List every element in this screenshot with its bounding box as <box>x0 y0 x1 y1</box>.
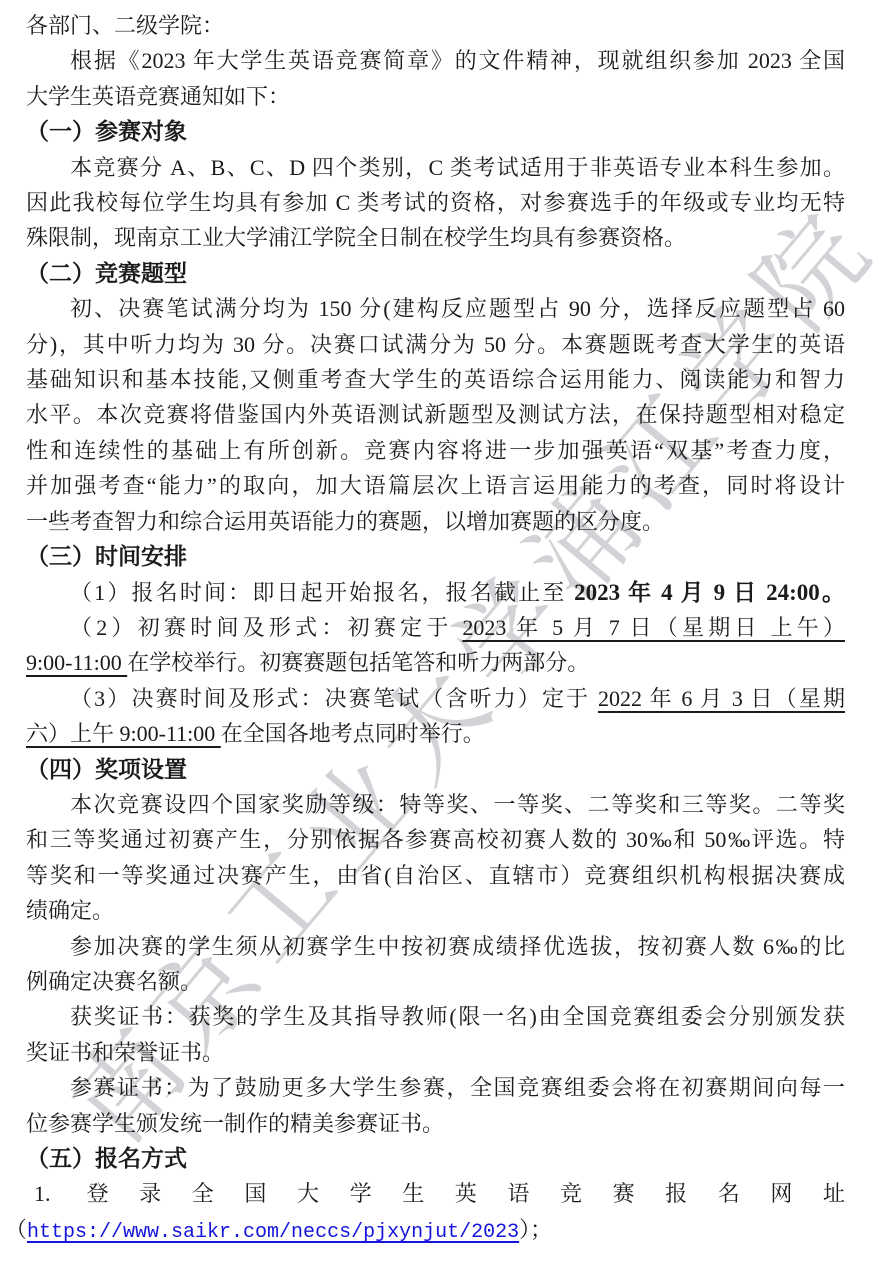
heading-schedule: （三）时间安排 <box>0 539 875 574</box>
document-body: 各部门、二级学院：根据《2023 年大学生英语竞赛简章》的文件精神，现就组织参加… <box>0 0 875 1250</box>
text-run: 例确定决赛名额。 <box>26 969 202 994</box>
registration-step-1: 1. 登录全国大学生英语竞赛报名网址 <box>0 1176 875 1211</box>
doc-line: 例确定决赛名额。 <box>0 964 875 999</box>
text-run: 和三等奖通过初赛产生，分别依据各参赛高校初赛人数的 30‰和 50‰评选。特 <box>26 827 845 852</box>
text-run: 1. 登录全国大学生英语竞赛报名网址 <box>34 1181 845 1206</box>
text-run: （一）参赛对象 <box>26 118 187 144</box>
text-run: 因此我校每位学生均具有参加 C 类考试的资格，对参赛选手的年级或专业均无特 <box>26 190 845 215</box>
doc-line: 参加决赛的学生须从初赛学生中按初赛成绩择优选拔，按初赛人数 6‰的比 <box>0 929 875 964</box>
registration-deadline: 2023 年 4 月 9 日 24:00。 <box>574 580 845 605</box>
text-run: 一些考查智力和综合运用英语能力的赛题，以增加赛题的区分度。 <box>26 509 664 534</box>
text-run: 本竞赛分 A、B、C、D 四个类别，C 类考试适用于非英语专业本科生参加。 <box>70 155 845 180</box>
heading-awards: （四）奖项设置 <box>0 752 875 787</box>
text-run: 绩确定。 <box>26 898 114 923</box>
text-run: 在全国各地考点同时举行。 <box>221 721 485 746</box>
doc-line: 性和连续性的基础上有所创新。竞赛内容将进一步加强英语“双基”考查力度， <box>0 433 875 468</box>
text-run: 参赛证书：为了鼓励更多大学生参赛，全国竞赛组委会将在初赛期间向每一 <box>70 1075 845 1100</box>
doc-line: 分)，其中听力均为 30 分。决赛口试满分为 50 分。本赛题既考查大学生的英语 <box>0 327 875 362</box>
text-run: 大学生英语竞赛通知如下： <box>26 84 290 109</box>
prelim-time: 9:00-11:00 <box>26 650 127 675</box>
intro-line-1: 根据《2023 年大学生英语竞赛简章》的文件精神，现就组织参加 2023 全国 <box>0 43 875 78</box>
doc-line: 位参赛学生颁发统一制作的精美参赛证书。 <box>0 1106 875 1141</box>
text-run: 位参赛学生颁发统一制作的精美参赛证书。 <box>26 1111 444 1136</box>
doc-line: 参赛证书：为了鼓励更多大学生参赛，全国竞赛组委会将在初赛期间向每一 <box>0 1070 875 1105</box>
text-run: 获奖证书：获奖的学生及其指导教师(限一名)由全国竞赛组委会分别颁发获 <box>70 1004 845 1029</box>
text-run: （1）报名时间：即日起开始报名，报名截止至 <box>70 580 574 605</box>
salutation: 各部门、二级学院： <box>0 8 875 43</box>
document-page: 南京工业大学浦江学院 各部门、二级学院：根据《2023 年大学生英语竞赛简章》的… <box>0 0 875 1266</box>
schedule-item-3-cont: 六）上午 9:00-11:00 在全国各地考点同时举行。 <box>0 716 875 751</box>
text-run: 本次竞赛设四个国家奖励等级：特等奖、一等奖、二等奖和三等奖。二等奖 <box>70 792 845 817</box>
text-run: （3）决赛时间及形式：决赛笔试（含听力）定于 <box>70 686 598 711</box>
text-run: 基础知识和基本技能,又侧重考查大学生的英语综合运用能力、阅读能力和智力 <box>26 367 845 392</box>
doc-line: 本竞赛分 A、B、C、D 四个类别，C 类考试适用于非英语专业本科生参加。 <box>0 150 875 185</box>
doc-line: 并加强考查“能力”的取向，加大语篇层次上语言运用能力的考查，同时将设计 <box>0 468 875 503</box>
doc-line: 基础知识和基本技能,又侧重考查大学生的英语综合运用能力、阅读能力和智力 <box>0 362 875 397</box>
registration-link-line: （https://www.saikr.com/neccs/pjxynjut/20… <box>0 1212 875 1250</box>
schedule-item-1: （1）报名时间：即日起开始报名，报名截止至 2023 年 4 月 9 日 24:… <box>0 575 875 610</box>
text-run: 参加决赛的学生须从初赛学生中按初赛成绩择优选拔，按初赛人数 6‰的比 <box>70 934 845 959</box>
text-run: （四）奖项设置 <box>26 756 187 782</box>
doc-line: 等奖和一等奖通过决赛产生，由省(自治区、直辖市）竞赛组织机构根据决赛成 <box>0 858 875 893</box>
schedule-item-3: （3）决赛时间及形式：决赛笔试（含听力）定于 2022 年 6 月 3 日（星期 <box>0 681 875 716</box>
text-run: 等奖和一等奖通过决赛产生，由省(自治区、直辖市）竞赛组织机构根据决赛成 <box>26 863 845 888</box>
text-run: 根据《2023 年大学生英语竞赛简章》的文件精神，现就组织参加 2023 全国 <box>70 48 845 73</box>
doc-line: 因此我校每位学生均具有参加 C 类考试的资格，对参赛选手的年级或专业均无特 <box>0 185 875 220</box>
text-run: 分)，其中听力均为 30 分。决赛口试满分为 50 分。本赛题既考查大学生的英语 <box>26 332 845 357</box>
heading-registration: （五）报名方式 <box>0 1141 875 1176</box>
doc-line: 初、决赛笔试满分均为 150 分(建构反应题型占 90 分，选择反应题型占 60 <box>0 291 875 326</box>
doc-line: 绩确定。 <box>0 893 875 928</box>
text-run: （ <box>5 1217 27 1242</box>
doc-line: 殊限制，现南京工业大学浦江学院全日制在校学生均具有参赛资格。 <box>0 220 875 255</box>
text-run: 在学校举行。初赛赛题包括笔答和听力两部分。 <box>127 650 589 675</box>
registration-link[interactable]: https://www.saikr.com/neccs/pjxynjut/202… <box>27 1221 519 1244</box>
doc-line: 获奖证书：获奖的学生及其指导教师(限一名)由全国竞赛组委会分别颁发获 <box>0 999 875 1034</box>
text-run: 初、决赛笔试满分均为 150 分(建构反应题型占 90 分，选择反应题型占 60 <box>70 296 845 321</box>
heading-question-types: （二）竞赛题型 <box>0 256 875 291</box>
prelim-date: 2023 年 5 月 7 日（星期日 上午） <box>462 615 845 640</box>
text-run: 并加强考查“能力”的取向，加大语篇层次上语言运用能力的考查，同时将设计 <box>26 473 845 498</box>
text-run: 各部门、二级学院： <box>26 13 224 38</box>
doc-line: 本次竞赛设四个国家奖励等级：特等奖、一等奖、二等奖和三等奖。二等奖 <box>0 787 875 822</box>
text-run: 奖证书和荣誉证书。 <box>26 1040 224 1065</box>
text-run: （五）报名方式 <box>26 1145 187 1171</box>
schedule-item-2: （2）初赛时间及形式：初赛定于 2023 年 5 月 7 日（星期日 上午） <box>0 610 875 645</box>
text-run: 性和连续性的基础上有所创新。竞赛内容将进一步加强英语“双基”考查力度， <box>26 438 845 463</box>
text-run: （2）初赛时间及形式：初赛定于 <box>70 615 462 640</box>
doc-line: 和三等奖通过初赛产生，分别依据各参赛高校初赛人数的 30‰和 50‰评选。特 <box>0 822 875 857</box>
final-time: 六）上午 9:00-11:00 <box>26 721 221 746</box>
doc-line: 奖证书和荣誉证书。 <box>0 1035 875 1070</box>
doc-line: 一些考查智力和综合运用英语能力的赛题，以增加赛题的区分度。 <box>0 504 875 539</box>
text-run: 殊限制，现南京工业大学浦江学院全日制在校学生均具有参赛资格。 <box>26 225 686 250</box>
schedule-item-2-cont: 9:00-11:00 在学校举行。初赛赛题包括笔答和听力两部分。 <box>0 645 875 680</box>
text-run: （二）竞赛题型 <box>26 260 187 286</box>
text-run: （三）时间安排 <box>26 543 187 569</box>
final-date: 2022 年 6 月 3 日（星期 <box>598 686 845 711</box>
text-run: ）； <box>519 1217 552 1242</box>
heading-participants: （一）参赛对象 <box>0 114 875 149</box>
doc-line: 水平。本次竞赛将借鉴国内外英语测试新题型及测试方法，在保持题型相对稳定 <box>0 397 875 432</box>
intro-line-2: 大学生英语竞赛通知如下： <box>0 79 875 114</box>
text-run: 水平。本次竞赛将借鉴国内外英语测试新题型及测试方法，在保持题型相对稳定 <box>26 402 845 427</box>
